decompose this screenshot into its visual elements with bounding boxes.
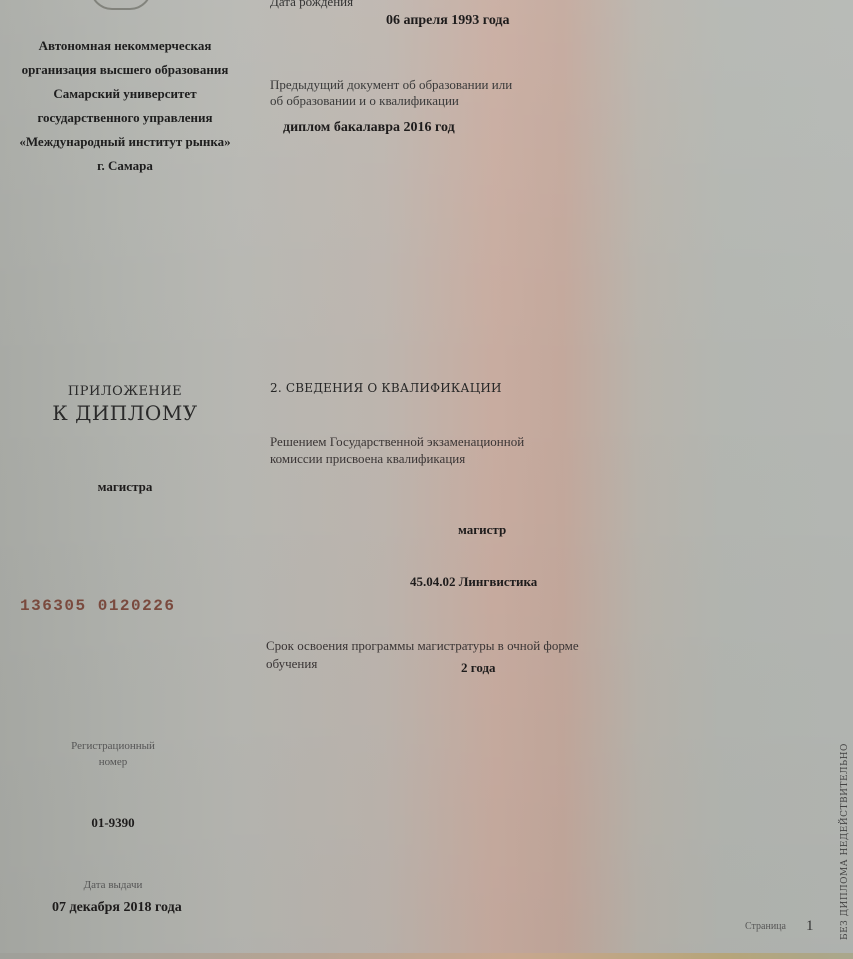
page-label: Страница xyxy=(745,921,786,932)
birth-date-label: Дата рождения xyxy=(270,0,353,10)
org-line: Автономная некоммерческая xyxy=(0,34,250,58)
previous-document-label-line: Предыдущий документ об образовании или xyxy=(270,77,590,93)
registration-number-label: Регистрационный номер xyxy=(0,738,226,770)
birth-date-value: 06 апреля 1993 года xyxy=(386,13,510,29)
registration-number-value: 01-9390 xyxy=(0,815,226,831)
section-title-qualification: 2. СВЕДЕНИЯ О КВАЛИФИКАЦИИ xyxy=(270,381,502,395)
qualification-value: магистр xyxy=(458,522,506,538)
registration-label-line: Регистрационный xyxy=(0,738,226,754)
document-title-line1: ПРИЛОЖЕНИЕ xyxy=(0,384,250,399)
decision-line: комиссии присвоена квалификация xyxy=(270,450,590,467)
org-line: организация высшего образования xyxy=(0,58,250,82)
issue-date-label: Дата выдачи xyxy=(0,879,226,891)
decision-line: Решением Государственной экзаменационной xyxy=(270,433,590,450)
issue-date-value: 07 декабря 2018 года xyxy=(52,900,182,916)
paper-bottom-edge xyxy=(0,953,853,959)
emblem-icon xyxy=(90,0,152,10)
org-line: «Международный институт рынка» xyxy=(0,130,250,154)
previous-document-label: Предыдущий документ об образовании или о… xyxy=(270,77,590,109)
previous-document-label-line: об образовании и о квалификации xyxy=(270,93,590,109)
serial-number: 136305 0120226 xyxy=(20,597,175,615)
org-city: г. Самара xyxy=(0,154,250,178)
degree-level: магистра xyxy=(0,479,250,495)
commission-decision-label: Решением Государственной экзаменационной… xyxy=(270,433,590,467)
previous-document-value: диплом бакалавра 2016 год xyxy=(283,120,455,136)
specialty-value: 45.04.02 Лингвистика xyxy=(410,574,537,590)
registration-label-line: номер xyxy=(0,754,226,770)
study-term-value: 2 года xyxy=(461,660,496,676)
document-title: ПРИЛОЖЕНИЕ К ДИПЛОМУ xyxy=(0,384,250,425)
org-line: государственного управления xyxy=(0,106,250,130)
org-line: Самарский университет xyxy=(0,82,250,106)
study-term-label-line: обучения xyxy=(266,655,646,673)
study-term-label-line: Срок освоения программы магистратуры в о… xyxy=(266,637,646,655)
document-title-line2: К ДИПЛОМУ xyxy=(0,401,250,425)
page-number: 1 xyxy=(806,918,814,935)
issuer-organization: Автономная некоммерческая организация вы… xyxy=(0,34,250,178)
validity-side-note: БЕЗ ДИПЛОМА НЕДЕЙСТВИТЕЛЬНО xyxy=(840,743,850,940)
study-term-label: Срок освоения программы магистратуры в о… xyxy=(266,637,646,673)
